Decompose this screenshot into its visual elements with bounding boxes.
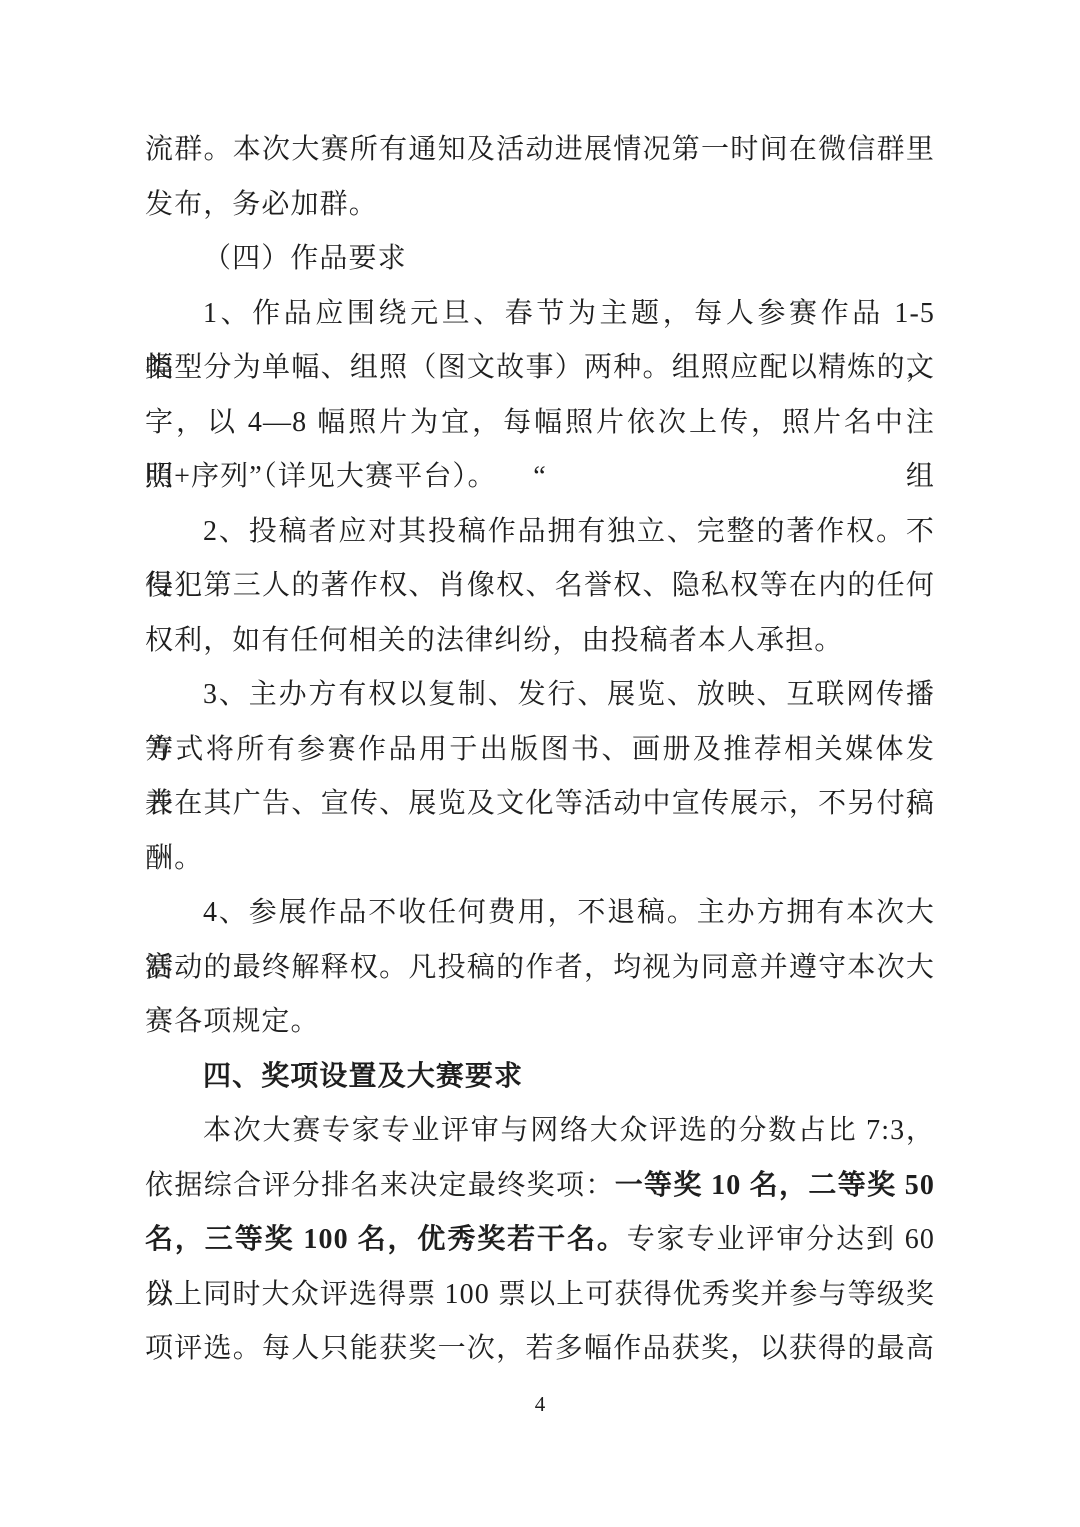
text-segment: 依据综合评分排名来决定最终奖项： (145, 1170, 615, 1201)
section-heading: 四、奖项设置及大赛要求 (145, 1050, 935, 1105)
text-line: 侵犯第三人的著作权、肖像权、名誉权、隐私权等在内的任何 (145, 559, 935, 614)
text-line: 发布，务必加群。 (145, 178, 935, 233)
text-segment: 项评选。每人只能获奖一次，若多幅作品获奖，以获得的最高 (145, 1333, 935, 1364)
text-line: 活动的最终解释权。凡投稿的作者，均视为同意并遵守本次大 (145, 941, 935, 996)
text-segment: 赛各项规定。 (145, 1006, 320, 1037)
text-line: （四）作品要求 (145, 232, 935, 287)
page-number: 4 (535, 1392, 546, 1416)
text-line: 3、主办方有权以复制、发行、展览、放映、互联网传播等 (145, 668, 935, 723)
text-segment: 照+序列”（详见大赛平台）。 (145, 461, 497, 492)
text-line: 字，以 4—8 幅照片为宜，每幅照片依次上传，照片名中注明“组 (145, 396, 935, 451)
bold-text-segment: 一等奖 10 名，二等奖 50 (615, 1170, 935, 1201)
text-line: 权利，如有任何相关的法律纠纷，由投稿者本人承担。 (145, 614, 935, 669)
text-segment: （四）作品要求 (203, 243, 407, 274)
document-page: 流群。本次大赛所有通知及活动进展情况第一时间在微信群里发布，务必加群。（四）作品… (0, 0, 1080, 1527)
text-segment: 权利，如有任何相关的法律纠纷，由投稿者本人承担。 (145, 625, 843, 656)
text-line: 以上同时大众评选得票 100 票以上可获得优秀奖并参与等级奖 (145, 1268, 935, 1323)
bold-text-segment: 四、奖项设置及大赛要求 (203, 1061, 523, 1092)
page-footer: 4 (0, 1390, 1080, 1418)
text-line: 赛各项规定。 (145, 995, 935, 1050)
text-line: 2、投稿者应对其投稿作品拥有独立、完整的著作权。不得 (145, 505, 935, 560)
text-line: 4、参展作品不收任何费用，不退稿。主办方拥有本次大赛 (145, 886, 935, 941)
text-line: 并在其广告、宣传、展览及文化等活动中宣传展示，不另付稿 (145, 777, 935, 832)
text-line: 名，三等奖 100 名，优秀奖若干名。专家专业评审分达到 60 分 (145, 1213, 935, 1268)
text-segment: 流群。本次大赛所有通知及活动进展情况第一时间在微信群里 (145, 134, 935, 165)
text-segment: 侵犯第三人的著作权、肖像权、名誉权、隐私权等在内的任何 (145, 570, 935, 601)
text-segment: 发布，务必加群。 (145, 189, 378, 220)
text-line: 依据综合评分排名来决定最终奖项：一等奖 10 名，二等奖 50 (145, 1159, 935, 1214)
text-line: 项评选。每人只能获奖一次，若多幅作品获奖，以获得的最高 (145, 1322, 935, 1377)
text-line: 流群。本次大赛所有通知及活动进展情况第一时间在微信群里 (145, 123, 935, 178)
text-line: 酬。 (145, 832, 935, 887)
text-segment: 并在其广告、宣传、展览及文化等活动中宣传展示，不另付稿 (145, 788, 935, 819)
text-segment: 以上同时大众评选得票 100 票以上可获得优秀奖并参与等级奖 (145, 1279, 935, 1310)
bold-text-segment: 名，三等奖 100 名，优秀奖若干名。 (145, 1224, 627, 1255)
text-segment: 类型分为单幅、组照（图文故事）两种。组照应配以精炼的文 (145, 352, 935, 383)
text-line: 类型分为单幅、组照（图文故事）两种。组照应配以精炼的文 (145, 341, 935, 396)
document-text: 流群。本次大赛所有通知及活动进展情况第一时间在微信群里发布，务必加群。（四）作品… (145, 123, 935, 1377)
text-line: 方式将所有参赛作品用于出版图书、画册及推荐相关媒体发表， (145, 723, 935, 778)
text-segment: 酬。 (145, 843, 203, 874)
text-segment: 本次大赛专家专业评审与网络大众评选的分数占比 7:3， (203, 1115, 935, 1146)
text-line: 本次大赛专家专业评审与网络大众评选的分数占比 7:3， (145, 1104, 935, 1159)
text-line: 1、作品应围绕元旦、春节为主题，每人参赛作品 1-5 幅， (145, 287, 935, 342)
text-segment: 活动的最终解释权。凡投稿的作者，均视为同意并遵守本次大 (145, 952, 935, 983)
